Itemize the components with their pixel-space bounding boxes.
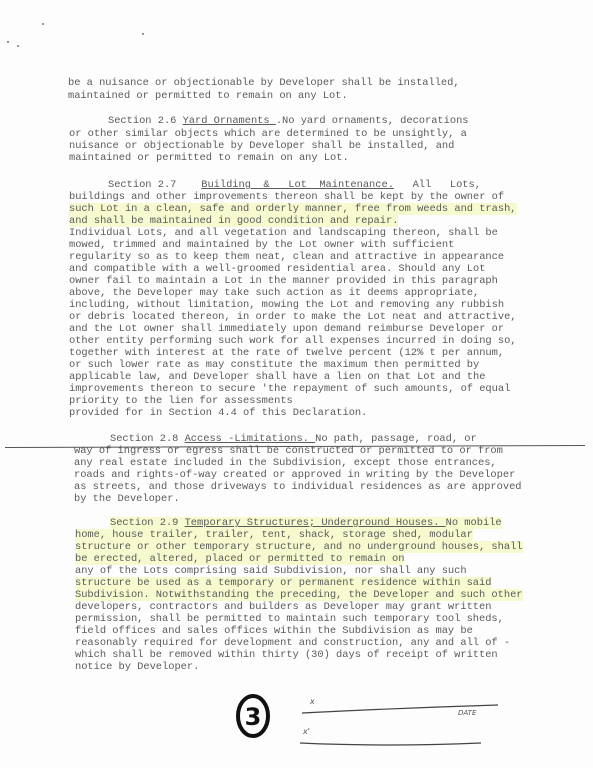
text-line: applicable law, and Developer shall have… <box>69 371 485 383</box>
line-text: improvements thereon to secure 'the repa… <box>69 383 510 395</box>
line-text: regularity so as to keep them neat, clea… <box>69 251 504 263</box>
text-line: be a nuisance or objectionable by Develo… <box>68 77 460 89</box>
text-line: including, without limitation, mowing th… <box>69 299 504 311</box>
line-text: Section 2.6 <box>108 115 183 127</box>
scan-speck <box>142 33 144 35</box>
scan-speck <box>42 23 44 25</box>
text-line: maintained or permitted to remain on any… <box>68 90 348 102</box>
section-title: Temporary Structures; Underground Houses… <box>185 517 446 529</box>
line-text: or debris located thereon, in order to m… <box>69 311 517 323</box>
text-line: field offices and sales offices within t… <box>75 625 473 637</box>
line-text: owner fail to maintain a Lot in the mann… <box>69 275 498 287</box>
page-number-badge: 3 <box>235 692 271 740</box>
text-line: and compatible with a well-groomed resid… <box>69 263 485 275</box>
text-line: which shall be removed within thirty (30… <box>75 649 498 661</box>
text-line: any of the Lots comprising said Subdivis… <box>75 565 467 577</box>
line-text: any of the Lots comprising said Subdivis… <box>75 565 467 577</box>
page-number: 3 <box>245 703 262 731</box>
line-text: structure be used as a temporary or perm… <box>75 577 491 589</box>
text-line: maintained or permitted to remain on any… <box>69 152 349 164</box>
section-heading-line: Section 2.8 Access -Limitations. No path… <box>110 433 477 445</box>
line-text: structure or other temporary structure, … <box>75 541 523 553</box>
text-line: reasonably required for development and … <box>75 637 510 649</box>
text-line: and the Lot owner shall immediately upon… <box>69 323 504 335</box>
line-text: be erected, altered, placed or permitted… <box>75 553 404 565</box>
signature-line-2 <box>298 737 483 749</box>
section-heading-line: Section 2.9 Temporary Structures; Underg… <box>110 517 502 529</box>
text-line: other entity performing such work for al… <box>69 335 517 347</box>
line-text: including, without limitation, mowing th… <box>69 299 504 311</box>
text-line: structure be used as a temporary or perm… <box>75 577 491 589</box>
text-line: notice by Developer. <box>75 661 199 673</box>
text-line: Individual Lots, and all vegetation and … <box>69 227 498 239</box>
line-text: permission, shall be permitted to mainta… <box>75 613 504 625</box>
scan-speck <box>7 41 9 43</box>
signature-mark-1: x <box>310 697 315 706</box>
line-text: mowed, trimmed and maintained by the Lot… <box>69 239 454 251</box>
document-page: be a nuisance or objectionable by Develo… <box>0 0 593 768</box>
line-text: provided for in Section 4.4 of this Decl… <box>69 407 367 419</box>
text-line: be erected, altered, placed or permitted… <box>75 553 404 565</box>
section-heading-line: Section 2.7 Building & Lot Maintenance. … <box>108 179 481 191</box>
line-text: roads and rights-of-way created or appro… <box>74 469 515 481</box>
line-text: by the Developer. <box>74 493 180 505</box>
line-text: maintained or permitted to remain on any… <box>68 90 348 102</box>
line-text: any real estate included in the Subdivis… <box>74 457 497 469</box>
line-text: notice by Developer. <box>75 661 199 673</box>
section-title: Yard Ornaments <box>183 115 276 127</box>
text-line: buildings and other improvements thereon… <box>69 191 504 203</box>
text-line: structure or other temporary structure, … <box>75 541 523 553</box>
scan-speck <box>17 45 19 47</box>
text-line: owner fail to maintain a Lot in the mann… <box>69 275 498 287</box>
text-line: improvements thereon to secure 'the repa… <box>69 383 510 395</box>
line-text: Individual Lots, and all vegetation and … <box>69 227 498 239</box>
text-line: home, house trailer, trailer, tent, shac… <box>75 529 473 541</box>
text-line: regularity so as to keep them neat, clea… <box>69 251 504 263</box>
line-text: field offices and sales offices within t… <box>75 625 473 637</box>
text-line: provided for in Section 4.4 of this Decl… <box>69 407 367 419</box>
text-line: permission, shall be permitted to mainta… <box>75 613 504 625</box>
line-text: be a nuisance or objectionable by Develo… <box>68 77 460 89</box>
text-line: or such lower rate as may constitute the… <box>69 359 479 371</box>
line-text: or other similar objects which are deter… <box>69 128 467 140</box>
text-line: priority to the lien for assessments <box>69 395 293 407</box>
line-text: and shall be maintained in good conditio… <box>69 215 398 227</box>
line-text: and compatible with a well-groomed resid… <box>69 263 485 275</box>
line-text: Section 2.8 <box>110 433 185 445</box>
section-heading-line: Section 2.6 Yard Ornaments .No yard orna… <box>108 115 469 127</box>
line-text: priority to the lien for assessments <box>69 395 293 407</box>
line-text: reasonably required for development and … <box>75 637 510 649</box>
line-text: All Lots, <box>394 179 481 191</box>
line-text: or such lower rate as may constitute the… <box>69 359 479 371</box>
line-text: nuisance or objectionable by Developer s… <box>69 140 454 152</box>
line-text: home, house trailer, trailer, tent, shac… <box>75 529 473 541</box>
line-text: developers, contractors and builders as … <box>75 601 491 613</box>
text-line: by the Developer. <box>74 493 180 505</box>
section-title: Building & Lot Maintenance. <box>201 179 394 191</box>
line-text: No mobile <box>446 517 502 529</box>
text-line: mowed, trimmed and maintained by the Lot… <box>69 239 454 251</box>
signature-mark-2: x' <box>303 727 310 736</box>
line-text: No path, passage, road, or <box>315 433 477 445</box>
text-line: as streets, and those driveways to indiv… <box>74 481 522 493</box>
text-line: together with interest at the rate of tw… <box>69 347 504 359</box>
date-label: DATE <box>458 709 476 717</box>
text-line: or debris located thereon, in order to m… <box>69 311 517 323</box>
text-line: any real estate included in the Subdivis… <box>74 457 497 469</box>
section-title: Access -Limitations. <box>185 433 316 445</box>
text-line: Subdivision. Notwithstanding the precedi… <box>75 589 523 601</box>
line-text: and the Lot owner shall immediately upon… <box>69 323 504 335</box>
line-text: Section 2.7 <box>108 179 201 191</box>
text-line: such Lot in a clean, safe and orderly ma… <box>69 203 517 215</box>
line-text: buildings and other improvements thereon… <box>69 191 504 203</box>
line-text: Section 2.9 <box>110 517 185 529</box>
line-text: such Lot in a clean, safe and orderly ma… <box>69 203 517 215</box>
text-line: roads and rights-of-way created or appro… <box>74 469 515 481</box>
line-text: Subdivision. Notwithstanding the precedi… <box>75 589 523 601</box>
line-text: together with interest at the rate of tw… <box>69 347 504 359</box>
line-text: as streets, and those driveways to indiv… <box>74 481 522 493</box>
line-text: applicable law, and Developer shall have… <box>69 371 485 383</box>
line-text: which shall be removed within thirty (30… <box>75 649 498 661</box>
text-line: nuisance or objectionable by Developer s… <box>69 140 454 152</box>
text-line: above, the Developer may take such actio… <box>69 287 479 299</box>
text-line: and shall be maintained in good conditio… <box>69 215 398 227</box>
line-text: .No yard ornaments, decorations <box>276 115 469 127</box>
text-line: or other similar objects which are deter… <box>69 128 467 140</box>
text-line: developers, contractors and builders as … <box>75 601 491 613</box>
line-text: other entity performing such work for al… <box>69 335 517 347</box>
line-text: maintained or permitted to remain on any… <box>69 152 349 164</box>
line-text: above, the Developer may take such actio… <box>69 287 479 299</box>
